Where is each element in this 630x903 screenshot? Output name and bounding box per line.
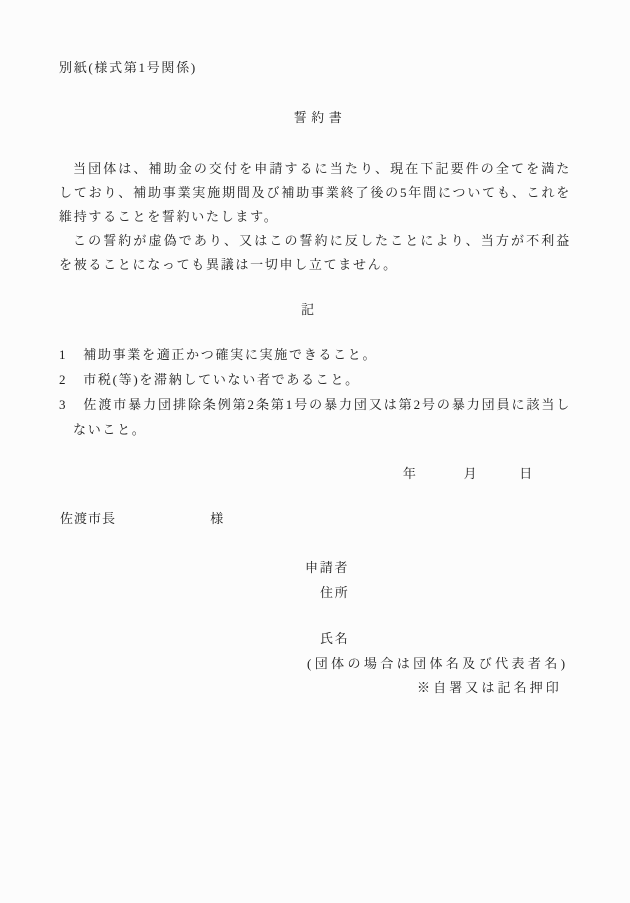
condition-text: 市税(等)を滞納していない者であること。 bbox=[83, 372, 360, 387]
condition-item-3: 3佐渡市暴力団排除条例第2条第1号の暴力団又は第2号の暴力団員に該当しないこと。 bbox=[59, 392, 571, 442]
pledge-body: 当団体は、補助金の交付を申請するに当たり、現在下記要件の全てを満たしており、補助… bbox=[59, 157, 571, 277]
address-label: 住所 bbox=[320, 586, 349, 600]
condition-number: 2 bbox=[59, 372, 67, 387]
name-label: 氏名 bbox=[320, 632, 349, 646]
day-label: 日 bbox=[519, 467, 534, 481]
applicant-label: 申請者 bbox=[305, 561, 349, 575]
document-title: 誓約書 bbox=[0, 111, 630, 125]
signature-seal-note: ※自署又は記名押印 bbox=[417, 681, 562, 695]
pledge-paragraph-2: この誓約が虚偽であり、又はこの誓約に反したことにより、当方が不利益を被ることにな… bbox=[59, 229, 571, 277]
condition-item-2: 2市税(等)を滞納していない者であること。 bbox=[59, 367, 571, 392]
year-label: 年 bbox=[403, 467, 418, 481]
condition-item-1: 1補助事業を適正かつ確実に実施できること。 bbox=[59, 342, 571, 367]
addressee-title: 佐渡市長 bbox=[60, 511, 116, 526]
addressee-line: 佐渡市長 様 bbox=[60, 512, 224, 526]
list-heading-ki: 記 bbox=[0, 303, 617, 317]
condition-text: 佐渡市暴力団排除条例第2条第1号の暴力団又は第2号の暴力団員に該当しないこと。 bbox=[73, 397, 571, 437]
pledge-paragraph-1: 当団体は、補助金の交付を申請するに当たり、現在下記要件の全てを満たしており、補助… bbox=[59, 157, 571, 229]
group-name-note: (団体の場合は団体名及び代表者名) bbox=[307, 657, 568, 671]
pledge-document-page: 別紙(様式第1号関係) 誓約書 当団体は、補助金の交付を申請するに当たり、現在下… bbox=[0, 0, 630, 903]
date-line: 年 月 日 bbox=[403, 467, 534, 481]
conditions-list: 1補助事業を適正かつ確実に実施できること。 2市税(等)を滞納していない者である… bbox=[59, 342, 571, 442]
condition-number: 3 bbox=[59, 397, 67, 412]
month-label: 月 bbox=[464, 467, 479, 481]
attachment-note: 別紙(様式第1号関係) bbox=[59, 61, 197, 75]
condition-text: 補助事業を適正かつ確実に実施できること。 bbox=[83, 347, 377, 362]
condition-number: 1 bbox=[59, 347, 67, 362]
addressee-honorific: 様 bbox=[210, 511, 224, 526]
